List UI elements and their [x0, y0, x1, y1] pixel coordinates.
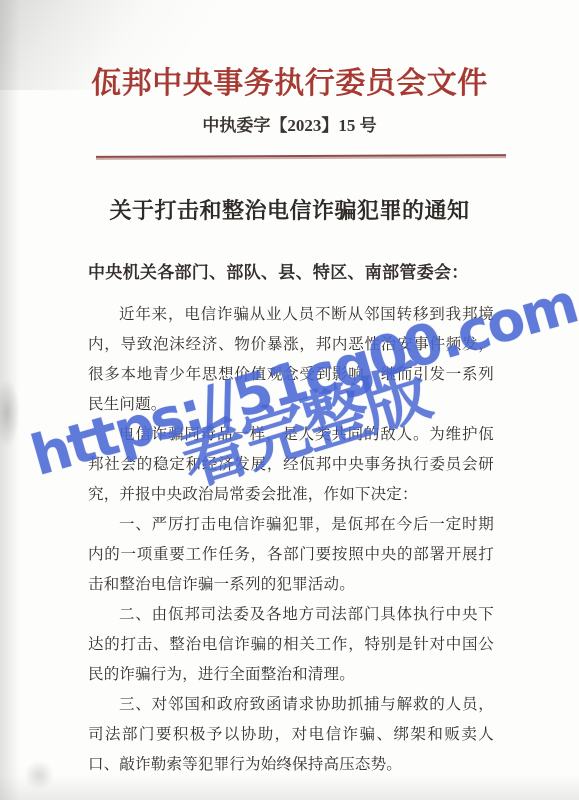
- page-number: -1-: [0, 758, 579, 770]
- document-body: 中央机关各部门、部队、县、特区、南部管委会： 近年来，电信诈骗从业人员不断从邻国…: [88, 260, 494, 780]
- paragraph-item-2: 二、由佤邦司法委及各地方司法部门具体执行中央下达的打击、整治电信诈骗的相关工作，…: [88, 600, 494, 690]
- paragraph-item-1: 一、严厉打击电信诈骗犯罪，是佤邦在今后一定时期内的一项重要工作任务，各部门要按照…: [88, 510, 494, 600]
- document-number: 中执委字【2023】15 号: [0, 111, 579, 136]
- addressee-line: 中央机关各部门、部队、县、特区、南部管委会：: [88, 260, 494, 286]
- scanned-document-page: 佤邦中央事务执行委员会文件 中执委字【2023】15 号 关于打击和整治电信诈骗…: [0, 0, 579, 800]
- paragraph-decision-preamble: 电信诈骗同毒品一样，是人类共同的敌人。为维护佤邦社会的稳定和经济发展，经佤邦中央…: [88, 420, 494, 510]
- scan-smudge-left: [0, 378, 20, 448]
- document-title: 关于打击和整治电信诈骗犯罪的通知: [0, 194, 579, 225]
- red-divider-line: [96, 154, 506, 158]
- paragraph-intro: 近年来，电信诈骗从业人员不断从邻国转移到我邦境内，导致泡沫经济、物价暴涨，邦内恶…: [88, 300, 494, 420]
- org-title: 佤邦中央事务执行委员会文件: [0, 58, 579, 102]
